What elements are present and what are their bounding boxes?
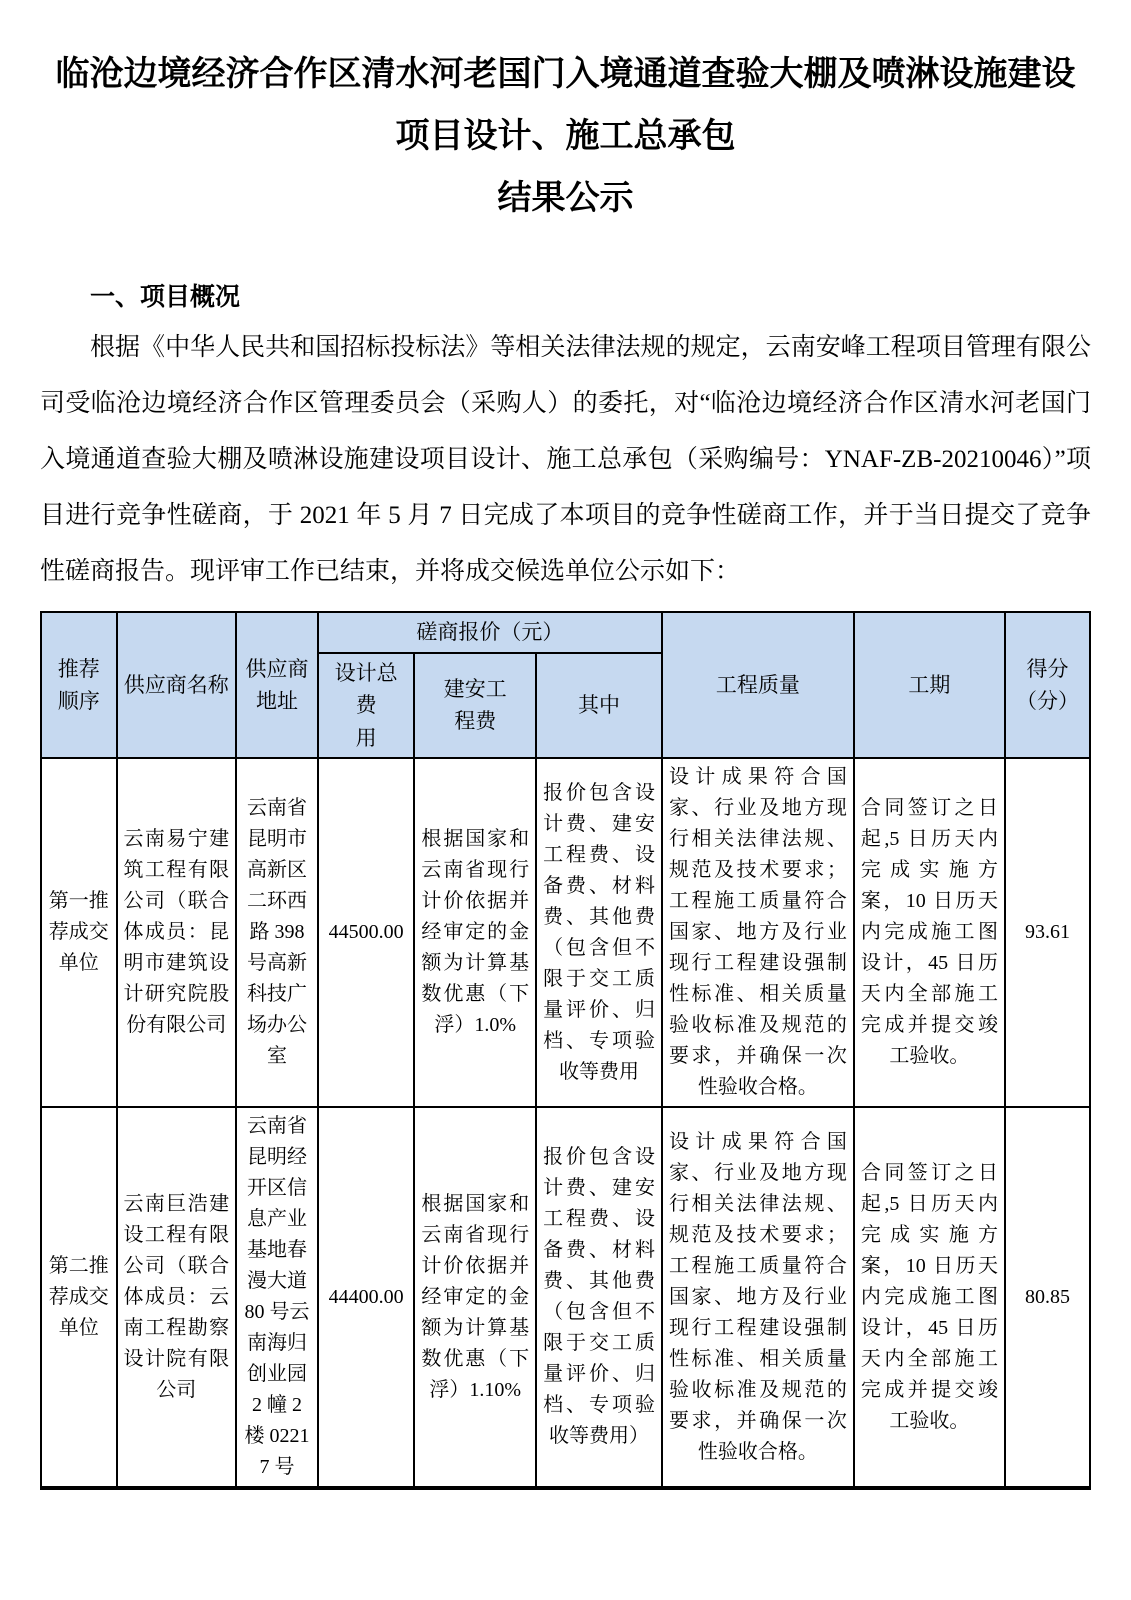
cell-duration: 合同签订之日起,5 日历天内完成实施方案，10 日历天内完成施工图设计，45 日… [854,758,1005,1107]
cell-design-fee: 44400.00 [318,1107,415,1488]
table-header-row-1: 推荐 顺序 供应商名称 供应商 地址 磋商报价（元） 工程质量 工期 得分 （分… [41,612,1090,653]
col-header-price-group: 磋商报价（元） [318,612,662,653]
col-header-construction-fee: 建安工 程费 [414,653,536,759]
col-header-rank: 推荐 顺序 [41,612,117,758]
cell-rank: 第二推荐成交单位 [41,1107,117,1488]
cell-score: 80.85 [1005,1107,1090,1488]
title-line-3: 结果公示 [40,168,1091,230]
col-header-design-fee: 设计总费 用 [318,653,415,759]
col-header-included: 其中 [536,653,662,759]
cell-supplier-address: 云南省昆明经开区信息产业基地春漫大道 80 号云南海归创业园 2 幢 2 楼 0… [236,1107,318,1488]
cell-construction-fee: 根据国家和云南省现行计价依据并经审定的金额为计算基数优惠（下浮）1.0% [414,758,536,1107]
cell-construction-fee: 根据国家和云南省现行计价依据并经审定的金额为计算基数优惠（下浮）1.10% [414,1107,536,1488]
col-header-supplier-name: 供应商名称 [117,612,237,758]
table-header: 推荐 顺序 供应商名称 供应商 地址 磋商报价（元） 工程质量 工期 得分 （分… [41,612,1090,758]
document-title: 临沧边境经济合作区清水河老国门入境通道查验大棚及喷淋设施建设 项目设计、施工总承… [40,44,1091,230]
cell-quality: 设计成果符合国家、行业及地方现行相关法律法规、规范及技术要求；工程施工质量符合国… [662,1107,854,1488]
col-header-score: 得分 （分） [1005,612,1090,758]
table-row-second-candidate: 第二推荐成交单位 云南巨浩建设工程有限公司（联合体成员：云南工程勘察设计院有限公… [41,1107,1090,1488]
document-page: 临沧边境经济合作区清水河老国门入境通道查验大棚及喷淋设施建设 项目设计、施工总承… [0,0,1131,1600]
intro-paragraph: 根据《中华人民共和国招标投标法》等相关法律法规的规定，云南安峰工程项目管理有限公… [40,320,1091,600]
cell-included: 报价包含设计费、建安工程费、设备费、材料费、其他费（包含但不限于交工质量评价、归… [536,758,662,1107]
result-table: 推荐 顺序 供应商名称 供应商 地址 磋商报价（元） 工程质量 工期 得分 （分… [40,611,1091,1490]
section-heading: 一、项目概况 [90,282,1091,314]
cell-supplier-address: 云南省昆明市高新区二环西路 398 号高新科技广场办公室 [236,758,318,1107]
cell-quality: 设计成果符合国家、行业及地方现行相关法律法规、规范及技术要求；工程施工质量符合国… [662,758,854,1107]
title-line-2: 项目设计、施工总承包 [40,106,1091,168]
cell-design-fee: 44500.00 [318,758,415,1107]
cell-included: 报价包含设计费、建安工程费、设备费、材料费、其他费（包含但不限于交工质量评价、归… [536,1107,662,1488]
cell-score: 93.61 [1005,758,1090,1107]
col-header-duration: 工期 [854,612,1005,758]
title-line-1: 临沧边境经济合作区清水河老国门入境通道查验大棚及喷淋设施建设 [40,44,1091,106]
table-row-first-candidate: 第一推荐成交单位 云南易宁建筑工程有限公司（联合体成员：昆明市建筑设计研究院股份… [41,758,1090,1107]
cell-duration: 合同签订之日起,5 日历天内完成实施方案，10 日历天内完成施工图设计，45 日… [854,1107,1005,1488]
cell-supplier-name: 云南易宁建筑工程有限公司（联合体成员：昆明市建筑设计研究院股份有限公司 [117,758,237,1107]
col-header-supplier-address: 供应商 地址 [236,612,318,758]
col-header-quality: 工程质量 [662,612,854,758]
cell-rank: 第一推荐成交单位 [41,758,117,1107]
cell-supplier-name: 云南巨浩建设工程有限公司（联合体成员：云南工程勘察设计院有限公司 [117,1107,237,1488]
